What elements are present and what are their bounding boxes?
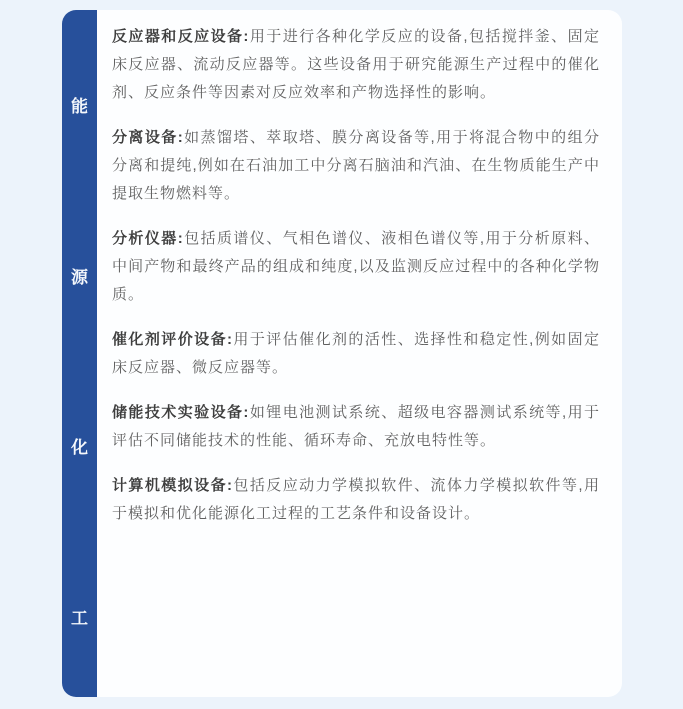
sidebar-char-yuan: 源: [71, 269, 88, 286]
section-title: 储能技术实验设备:: [112, 404, 249, 421]
section-body: 包括质谱仪、气相色谱仪、液相色谱仪等,用于分析原料、中间产物和最终产品的组成和纯…: [112, 230, 600, 303]
section-catalyst-evaluation: 催化剂评价设备:用于评估催化剂的活性、选择性和稳定性,例如固定床反应器、微反应器…: [112, 326, 600, 382]
section-title: 计算机模拟设备:: [112, 477, 233, 494]
section-analysis: 分析仪器:包括质谱仪、气相色谱仪、液相色谱仪等,用于分析原料、中间产物和最终产品…: [112, 225, 600, 309]
section-reactors: 反应器和反应设备:用于进行各种化学反应的设备,包括搅拌釜、固定床反应器、流动反应…: [112, 23, 600, 107]
sections-content: 反应器和反应设备:用于进行各种化学反应的设备,包括搅拌釜、固定床反应器、流动反应…: [97, 10, 622, 697]
section-energy-storage: 储能技术实验设备:如锂电池测试系统、超级电容器测试系统等,用于评估不同储能技术的…: [112, 399, 600, 455]
section-title: 分析仪器:: [112, 230, 184, 247]
sidebar-char-neng: 能: [71, 98, 88, 115]
section-computer-simulation: 计算机模拟设备:包括反应动力学模拟软件、流体力学模拟软件等,用于模拟和优化能源化…: [112, 472, 600, 528]
sidebar-char-gong: 工: [71, 610, 88, 627]
section-title: 反应器和反应设备:: [112, 28, 249, 45]
sidebar-char-hua: 化: [71, 439, 88, 456]
section-title: 分离设备:: [112, 129, 184, 146]
section-separation: 分离设备:如蒸馏塔、萃取塔、膜分离设备等,用于将混合物中的组分分离和提纯,例如在…: [112, 124, 600, 208]
content-card: 能 源 化 工 反应器和反应设备:用于进行各种化学反应的设备,包括搅拌釜、固定床…: [62, 10, 622, 697]
category-sidebar: 能 源 化 工: [62, 10, 97, 697]
section-title: 催化剂评价设备:: [112, 331, 233, 348]
section-body: 如蒸馏塔、萃取塔、膜分离设备等,用于将混合物中的组分分离和提纯,例如在石油加工中…: [112, 129, 600, 202]
